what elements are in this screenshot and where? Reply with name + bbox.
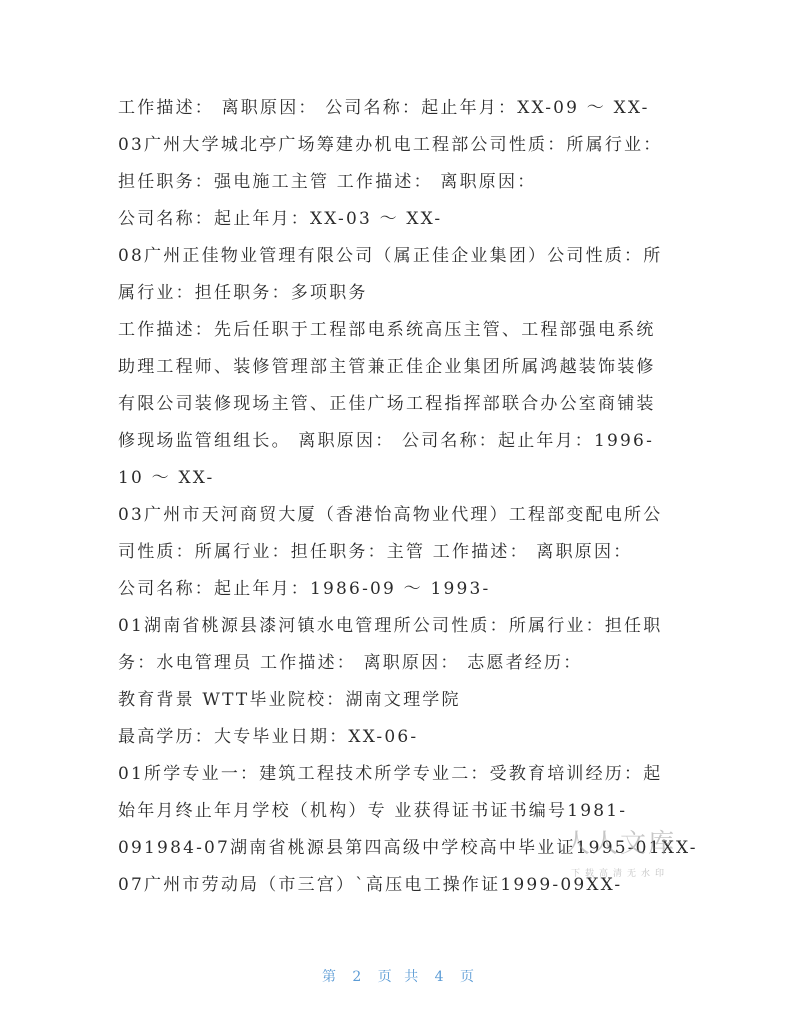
text-line: 公司名称：起止年月：XX-03 ～ XX- [118,201,678,238]
text-line: 10 ～ XX- [118,460,678,497]
text-line: 01所学专业一：建筑工程技术所学专业二：受教育培训经历：起 [118,756,678,793]
text-line: 工作描述： 离职原因： 公司名称：起止年月：XX-09 ～ XX- [118,90,678,127]
text-line: 助理工程师、装修管理部主管兼正佳企业集团所属鸿越装饰装修 [118,349,678,386]
document-page: 工作描述： 离职原因： 公司名称：起止年月：XX-09 ～ XX- 03广州大学… [0,0,800,1035]
page-prefix: 第 [322,969,340,985]
text-line: 教育背景 WTT毕业院校：湖南文理学院 [118,682,678,719]
text-line: 工作描述：先后任职于工程部电系统高压主管、工程部强电系统 [118,312,678,349]
text-line: 务：水电管理员 工作描述： 离职原因： 志愿者经历： [118,645,678,682]
text-line: 01湖南省桃源县漆河镇水电管理所公司性质：所属行业：担任职 [118,608,678,645]
text-line: 03广州大学城北亭广场筹建办机电工程部公司性质：所属行业： [118,127,678,164]
text-line: 最高学历：大专毕业日期：XX-06- [118,719,678,756]
text-line: 担任职务：强电施工主管 工作描述： 离职原因： [118,164,678,201]
page-number-footer: 第 2 页 共 4 页 [0,966,800,986]
document-body: 工作描述： 离职原因： 公司名称：起止年月：XX-09 ～ XX- 03广州大学… [118,90,678,904]
text-line: 091984-07湖南省桃源县第四高级中学校高中毕业证1995-01XX- [118,830,678,867]
page-suffix: 页 [460,969,478,985]
text-line: 公司名称：起止年月：1986-09 ～ 1993- [118,571,678,608]
text-line: 03广州市天河商贸大厦（香港怡高物业代理）工程部变配电所公 [118,497,678,534]
text-line: 修现场监管组组长。 离职原因： 公司名称：起止年月：1996- [118,423,678,460]
total-pages: 4 [435,969,448,985]
text-line: 属行业：担任职务：多项职务 [118,275,678,312]
text-line: 始年月终止年月学校（机构）专 业获得证书证书编号1981- [118,793,678,830]
text-line: 07广州市劳动局（市三宫）`高压电工操作证1999-09XX- [118,867,678,904]
page-mid: 页 共 [378,969,422,985]
text-line: 司性质：所属行业：担任职务：主管 工作描述： 离职原因： [118,534,678,571]
text-line: 08广州正佳物业管理有限公司（属正佳企业集团）公司性质：所 [118,238,678,275]
current-page: 2 [352,969,365,985]
text-line: 有限公司装修现场主管、正佳广场工程指挥部联合办公室商铺装 [118,386,678,423]
